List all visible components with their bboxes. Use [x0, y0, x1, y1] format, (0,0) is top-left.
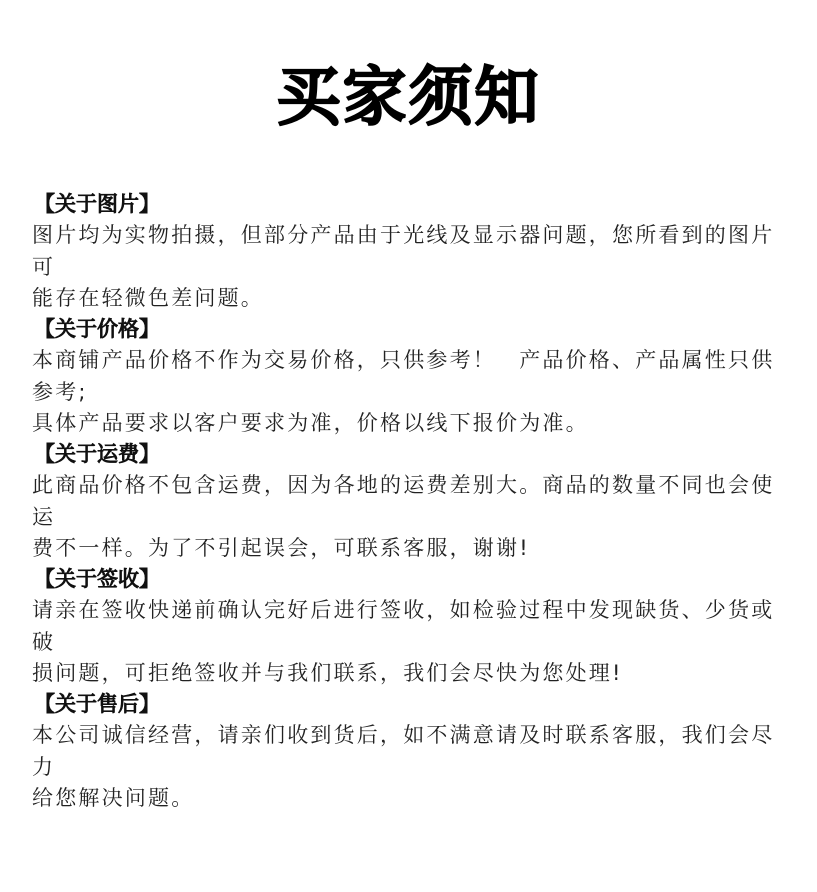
body-line: 此商品价格不包含运费，因为各地的运费差别大。商品的数量不同也会使运: [32, 470, 792, 533]
section-body: 此商品价格不包含运费，因为各地的运费差别大。商品的数量不同也会使运 费不一样。为…: [32, 470, 792, 565]
body-line: 损问题，可拒绝签收并与我们联系，我们会尽快为您处理!: [32, 658, 792, 690]
section-heading: 【关于价格】: [34, 315, 792, 343]
body-line: 本商铺产品价格不作为交易价格，只供参考！ 产品价格、产品属性只供参考;: [32, 345, 792, 408]
body-line: 本公司诚信经营，请亲们收到货后，如不满意请及时联系客服，我们会尽力: [32, 720, 792, 783]
section-about-images: 【关于图片】 图片均为实物拍摄，但部分产品由于光线及显示器问题，您所看到的图片可…: [32, 190, 792, 315]
body-line: 具体产品要求以客户要求为准，价格以线下报价为准。: [32, 408, 792, 440]
section-about-shipping: 【关于运费】 此商品价格不包含运费，因为各地的运费差别大。商品的数量不同也会使运…: [32, 440, 792, 565]
body-line: 费不一样。为了不引起误会，可联系客服，谢谢!: [32, 533, 792, 565]
body-line: 给您解决问题。: [32, 783, 792, 815]
section-heading: 【关于运费】: [34, 440, 792, 468]
section-body: 本商铺产品价格不作为交易价格，只供参考！ 产品价格、产品属性只供参考; 具体产品…: [32, 345, 792, 440]
section-heading: 【关于签收】: [34, 565, 792, 593]
body-line: 图片均为实物拍摄，但部分产品由于光线及显示器问题，您所看到的图片可: [32, 220, 792, 283]
body-line: 能存在轻微色差问题。: [32, 283, 792, 315]
section-body: 图片均为实物拍摄，但部分产品由于光线及显示器问题，您所看到的图片可 能存在轻微色…: [32, 220, 792, 315]
page-title: 买家须知: [0, 58, 817, 138]
section-about-after-sales: 【关于售后】 本公司诚信经营，请亲们收到货后，如不满意请及时联系客服，我们会尽力…: [32, 690, 792, 815]
section-body: 本公司诚信经营，请亲们收到货后，如不满意请及时联系客服，我们会尽力 给您解决问题…: [32, 720, 792, 815]
section-about-delivery: 【关于签收】 请亲在签收快递前确认完好后进行签收，如检验过程中发现缺货、少货或破…: [32, 565, 792, 690]
section-body: 请亲在签收快递前确认完好后进行签收，如检验过程中发现缺货、少货或破 损问题，可拒…: [32, 595, 792, 690]
section-about-price: 【关于价格】 本商铺产品价格不作为交易价格，只供参考！ 产品价格、产品属性只供参…: [32, 315, 792, 440]
section-heading: 【关于图片】: [34, 190, 792, 218]
section-heading: 【关于售后】: [34, 690, 792, 718]
body-line: 请亲在签收快递前确认完好后进行签收，如检验过程中发现缺货、少货或破: [32, 595, 792, 658]
